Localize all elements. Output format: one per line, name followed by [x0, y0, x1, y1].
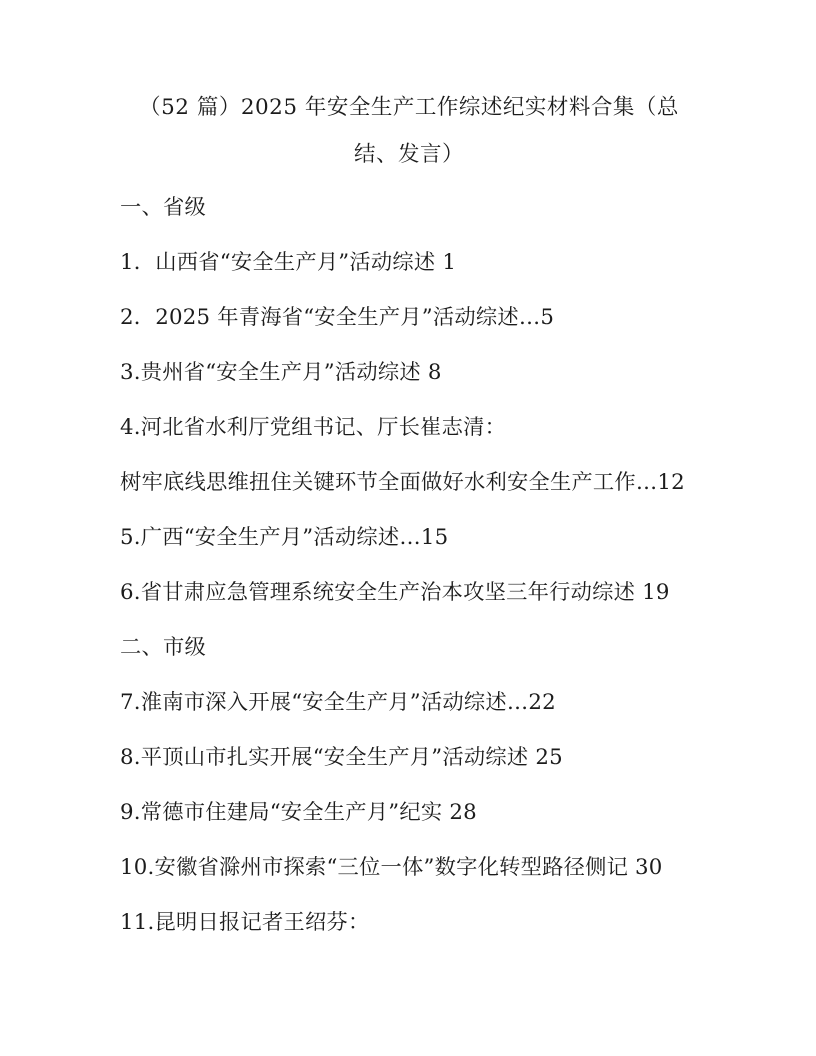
toc-entry: 1．山西省“安全生产月”活动综述 1 [120, 235, 698, 290]
toc-entry: 5.广西“安全生产月”活动综述…15 [120, 510, 698, 565]
toc-entry: 7.淮南市深入开展“安全生产月”活动综述…22 [120, 675, 698, 730]
toc-entry: 10.安徽省滁州市探索“三位一体”数字化转型路径侧记 30 [120, 840, 698, 895]
document-page: （52 篇）2025 年安全生产工作综述纪实材料合集（总结、发言） 一、省级 1… [0, 0, 816, 1056]
toc-entry: 4.河北省水利厅党组书记、厅长崔志清： [120, 400, 698, 455]
toc-entry: 6.省甘肃应急管理系统安全生产治本攻坚三年行动综述 19 [120, 565, 698, 620]
toc-section-heading: 一、省级 [120, 180, 698, 235]
document-title: （52 篇）2025 年安全生产工作综述纪实材料合集（总结、发言） [120, 84, 698, 178]
toc-entry: 8.平顶山市扎实开展“安全生产月”活动综述 25 [120, 730, 698, 785]
toc-section-heading: 二、市级 [120, 620, 698, 675]
toc-entry: 3.贵州省“安全生产月”活动综述 8 [120, 345, 698, 400]
document-content: （52 篇）2025 年安全生产工作综述纪实材料合集（总结、发言） 一、省级 1… [0, 0, 816, 950]
toc-entry: 11.昆明日报记者王绍芬： [120, 895, 698, 950]
toc-entry: 9.常德市住建局“安全生产月”纪实 28 [120, 785, 698, 840]
table-of-contents: 一、省级 1．山西省“安全生产月”活动综述 1 2．2025 年青海省“安全生产… [120, 180, 698, 950]
toc-entry: 2．2025 年青海省“安全生产月”活动综述…5 [120, 290, 698, 345]
toc-entry-continuation: 树牢底线思维扭住关键环节全面做好水利安全生产工作…12 [120, 455, 698, 510]
